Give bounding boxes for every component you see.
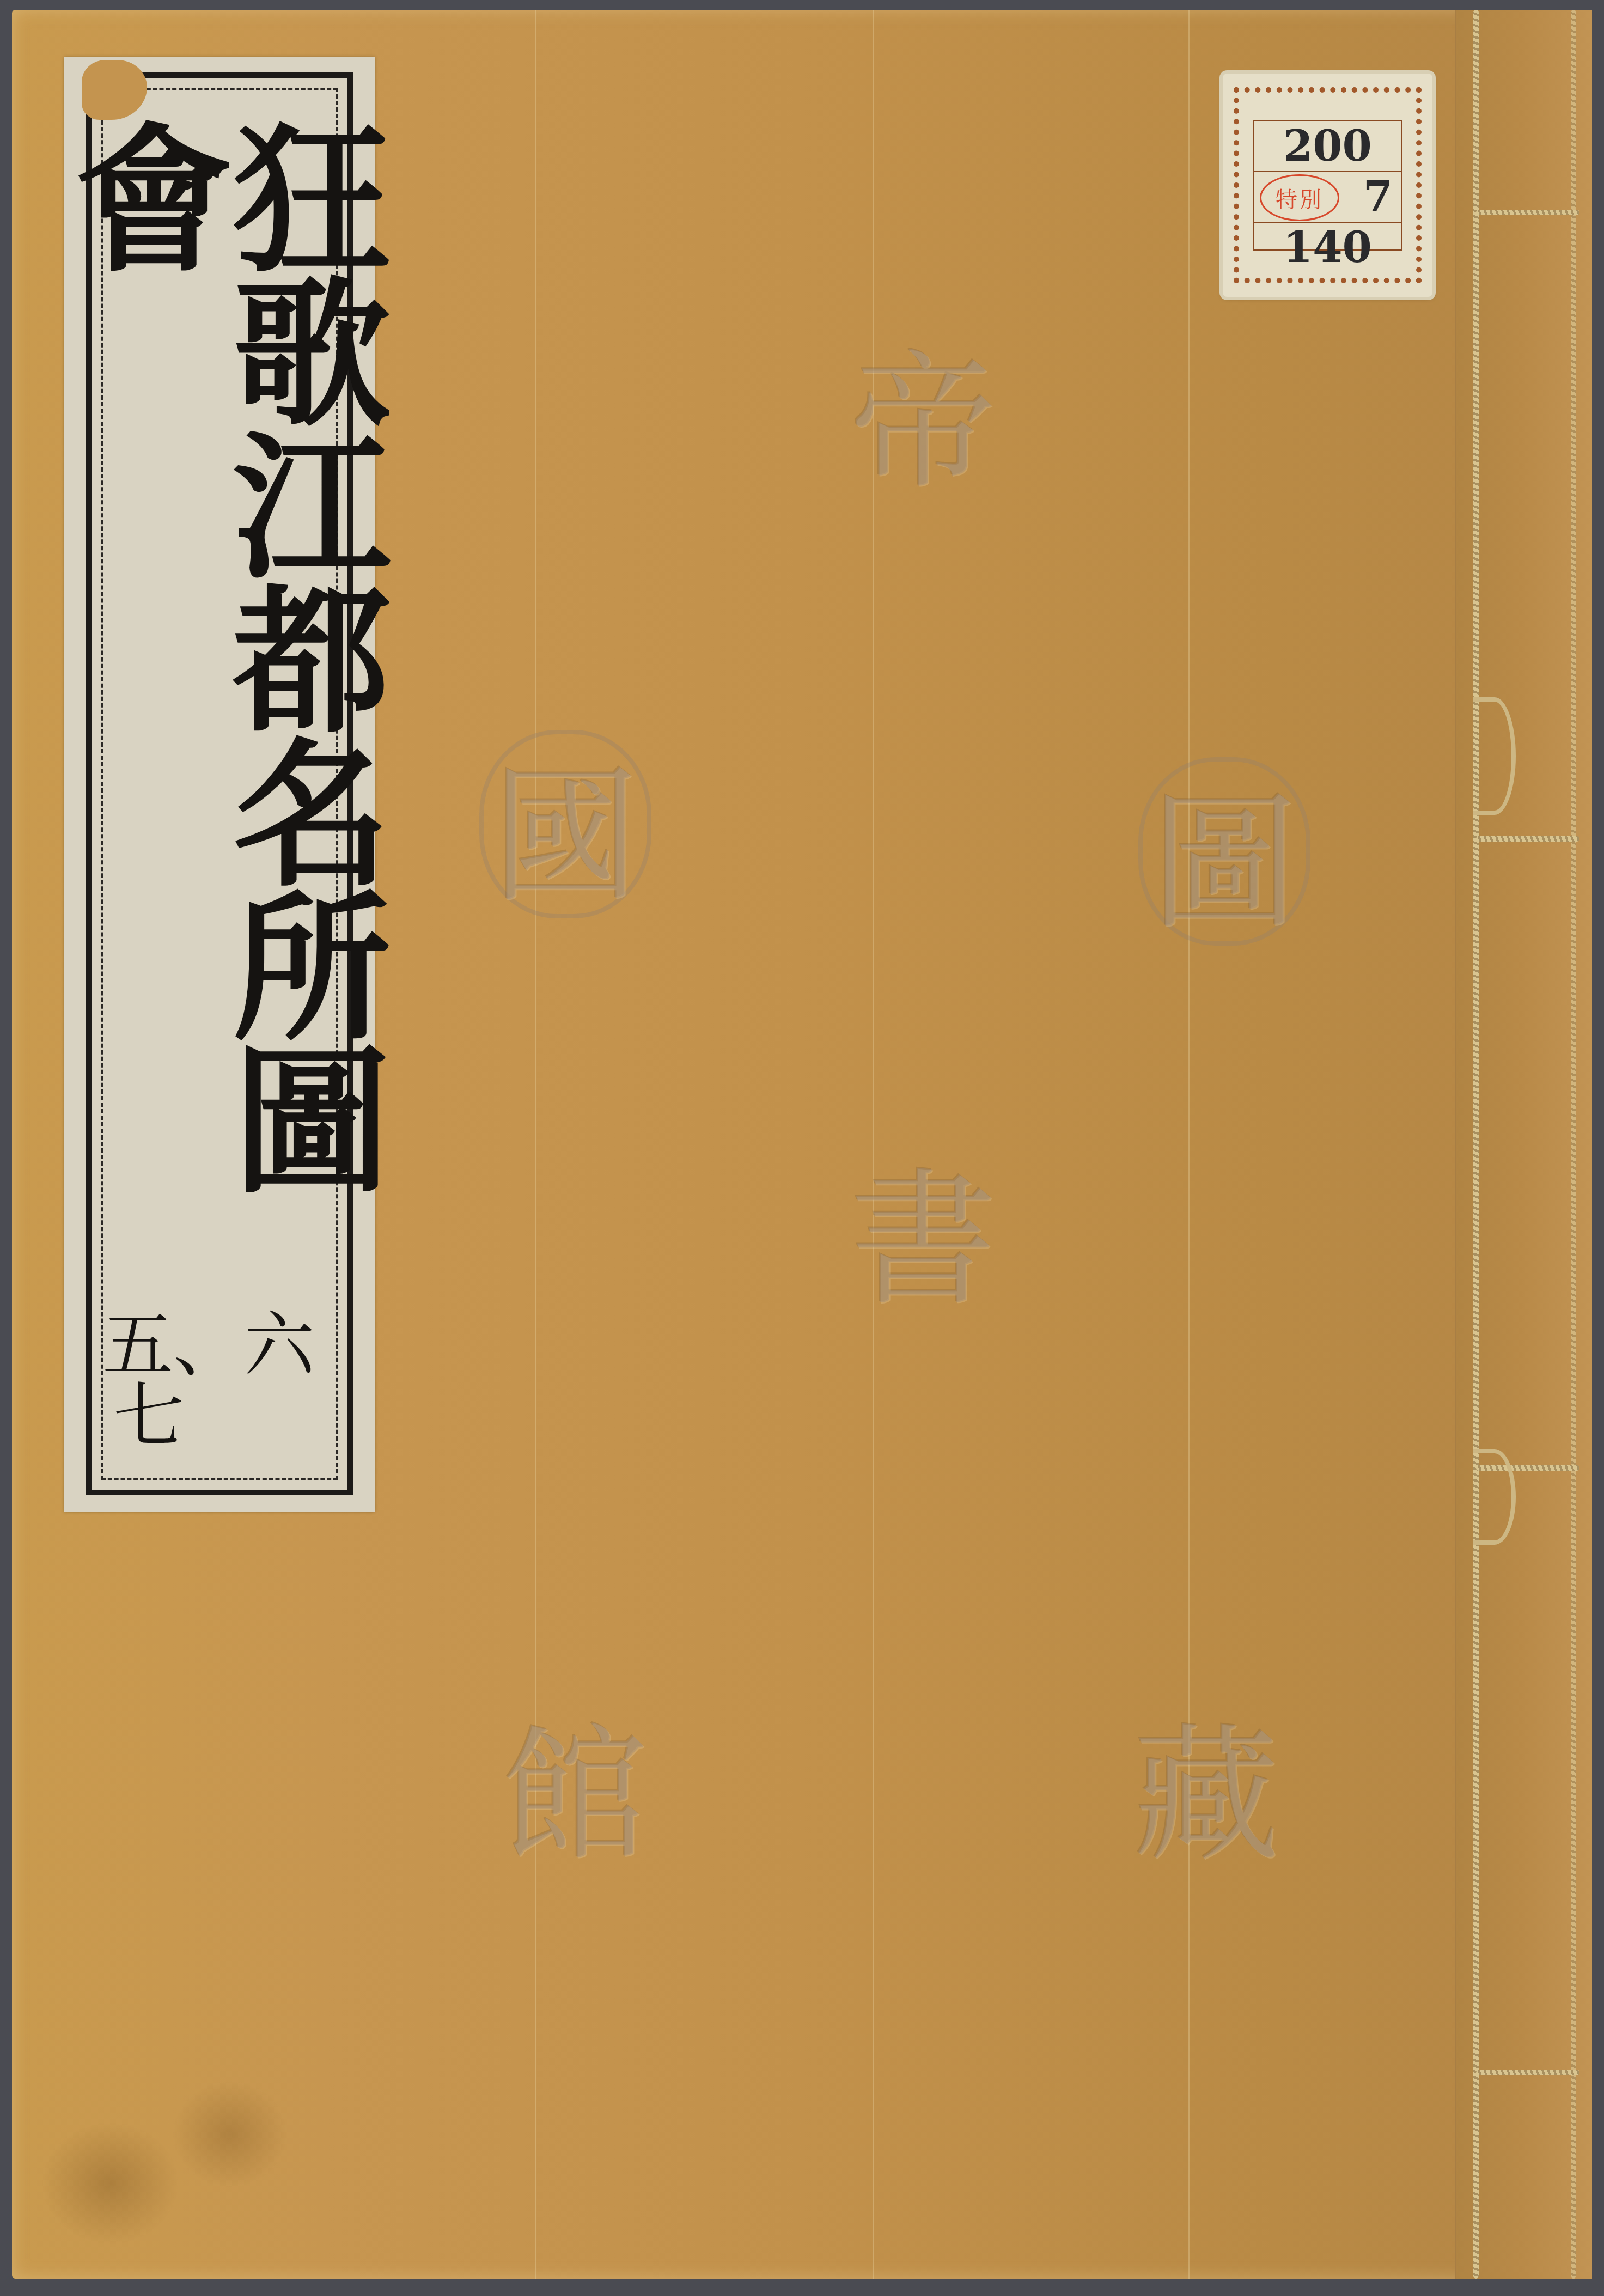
embossed-char-text: 圖 (1151, 746, 1298, 957)
binding-stitch (1476, 836, 1579, 842)
binding-thread (1473, 10, 1479, 2279)
thread-loop (1473, 697, 1516, 815)
embossed-char: 書 (850, 1122, 997, 1333)
call-number-class: 200 (1283, 121, 1372, 171)
embossed-char-text: 國 (492, 718, 639, 930)
binding-stitch (1476, 2070, 1579, 2075)
thread-loop (1473, 1449, 1516, 1545)
volume-mark: 七 (113, 1359, 184, 1461)
embossed-char: 國 (479, 730, 651, 918)
binding-thread-edge (1571, 10, 1576, 2279)
binding-stitch (1476, 210, 1579, 215)
call-number-item: 140 (1283, 223, 1372, 272)
volume-marks: 五、六 七 (64, 1288, 375, 1452)
crease-line (1188, 10, 1190, 2279)
call-number-label: 200 特別 7 140 (1223, 74, 1432, 297)
embossed-char: 藏 (1133, 1678, 1280, 1889)
embossed-char: 圖 (1138, 757, 1310, 946)
embossed-char: 帝 (850, 305, 997, 516)
book-title: 狂歌江都名所圖會 (130, 117, 309, 1223)
call-number-line: 140 (1254, 223, 1401, 272)
title-slip: 狂歌江都名所圖會 五、六 七 (64, 57, 375, 1512)
call-number-sub: 7 (1363, 172, 1393, 222)
call-number-line: 特別 7 (1254, 172, 1401, 223)
label-grid: 200 特別 7 140 (1253, 120, 1402, 251)
crease-line (535, 10, 536, 2279)
red-seal-stamp: 特別 (1260, 174, 1339, 221)
call-number-line: 200 (1254, 121, 1401, 172)
embossed-char: 館 (501, 1678, 648, 1889)
